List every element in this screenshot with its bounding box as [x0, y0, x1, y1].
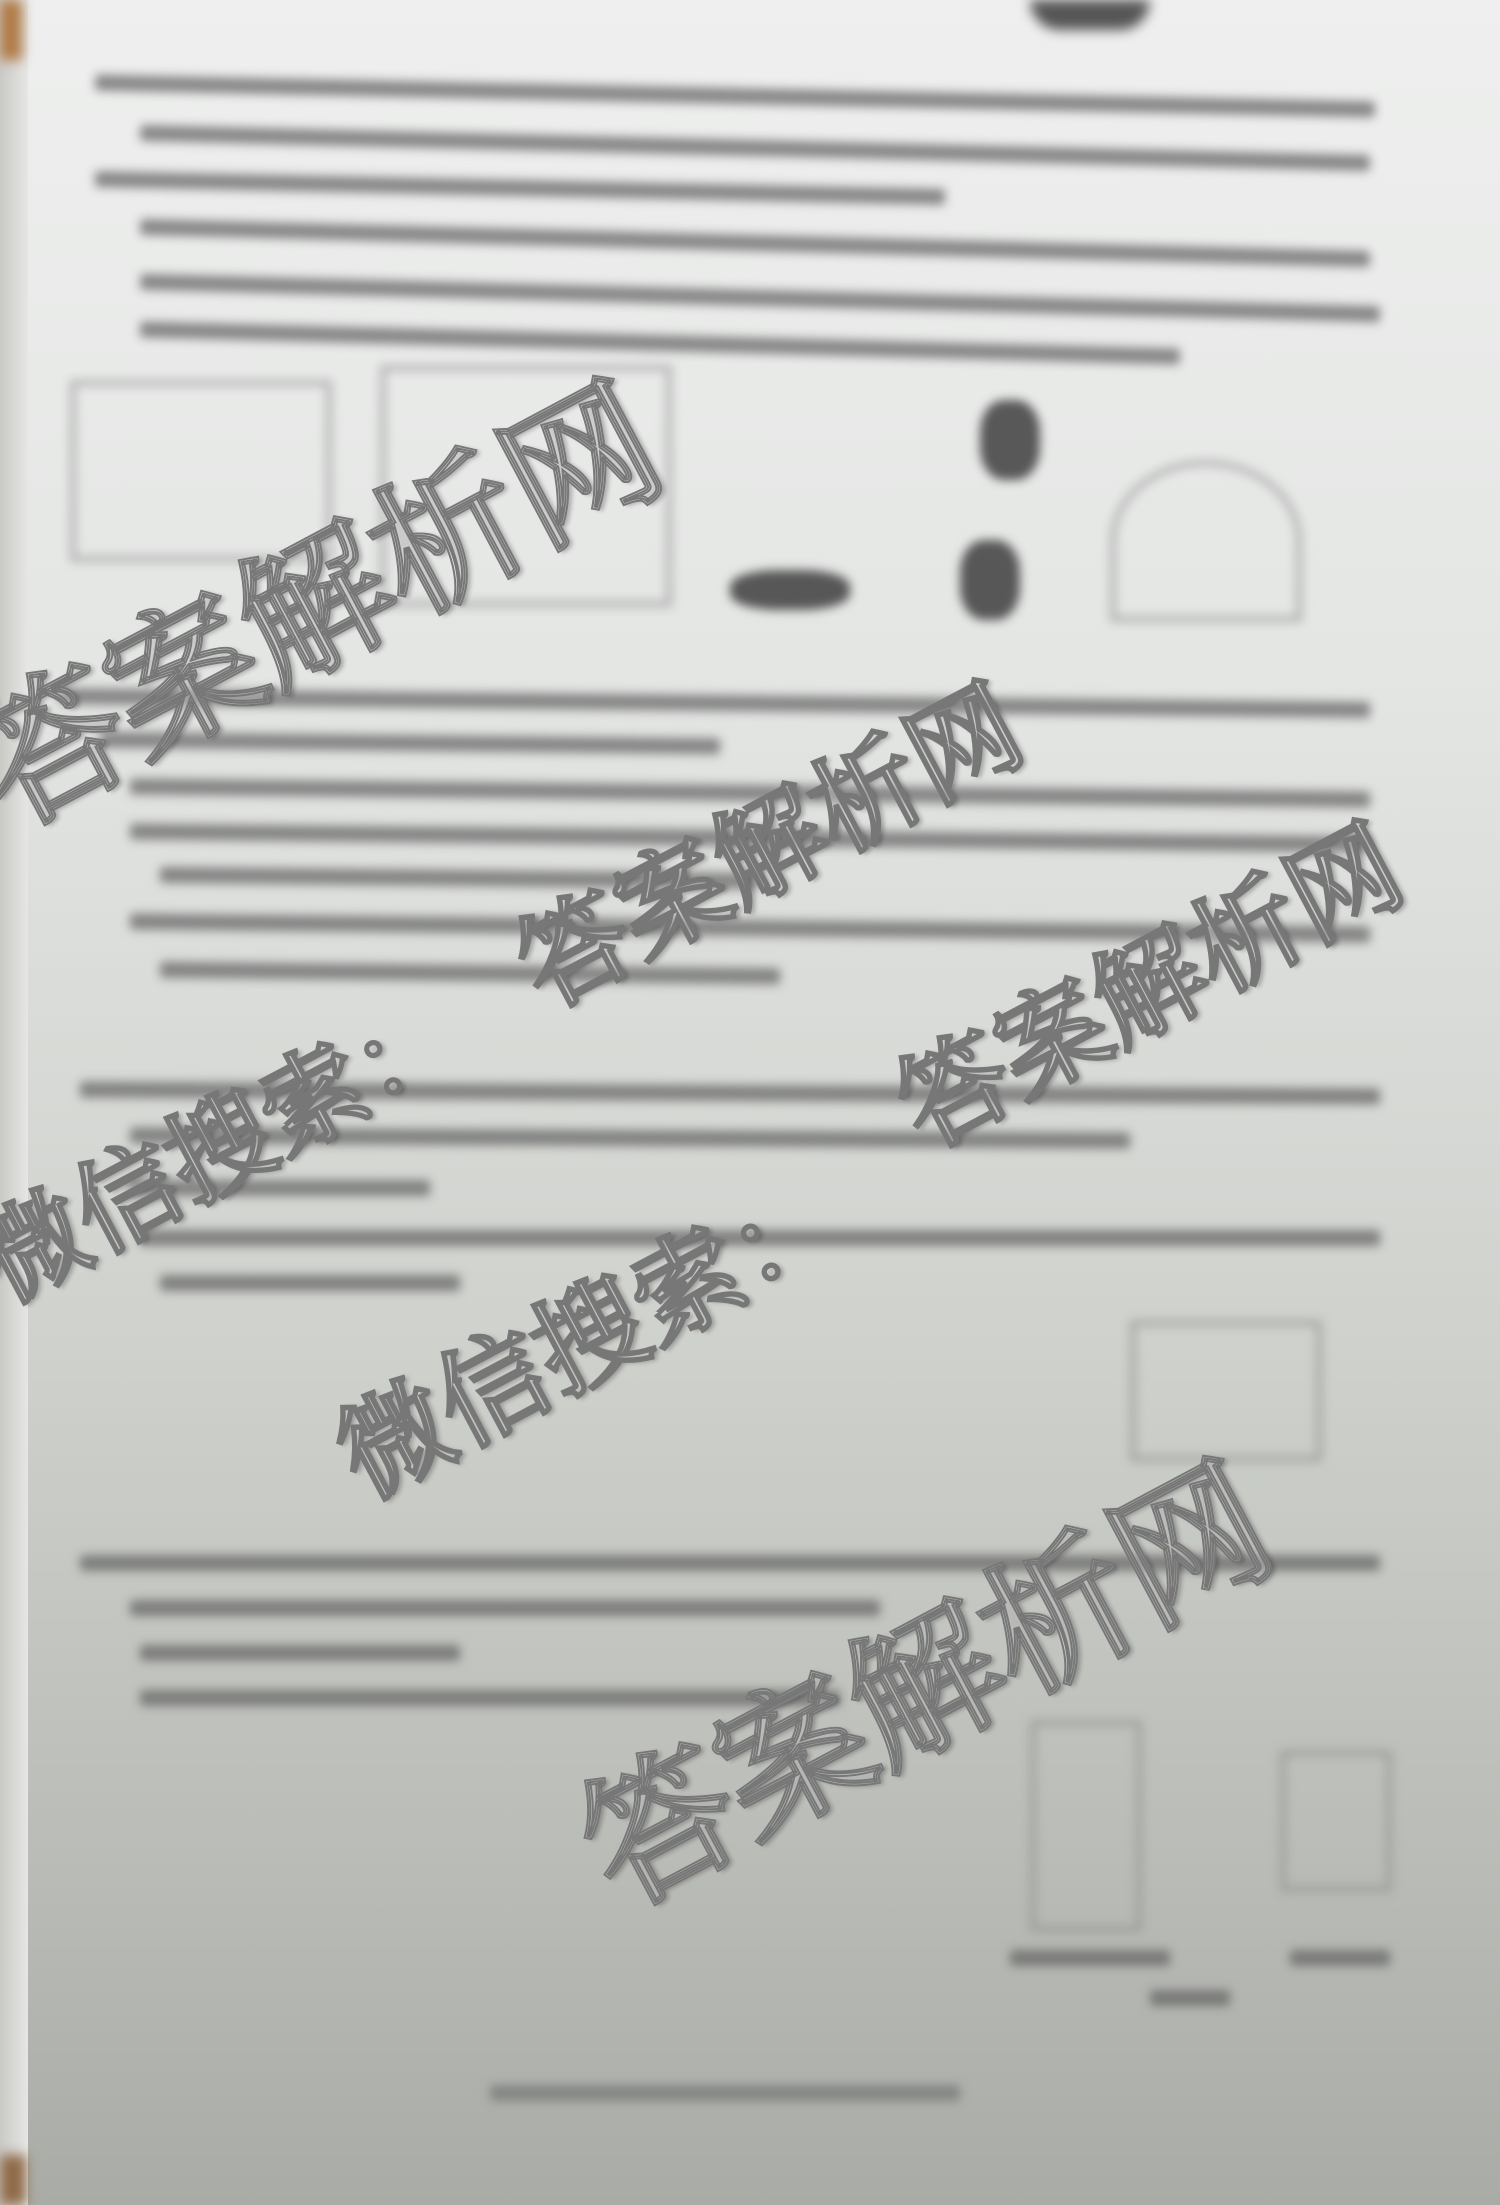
text-line: [130, 1600, 880, 1616]
footer-text: [490, 2085, 960, 2101]
text-line: [140, 125, 1370, 171]
text-line: [140, 219, 1370, 267]
text-line: [1150, 1990, 1230, 2006]
text-line: [95, 171, 945, 205]
figure-box: [1280, 1750, 1392, 1892]
text-line: [160, 1275, 460, 1291]
figure-dark-shape: [960, 540, 1020, 620]
text-line: [95, 75, 1375, 118]
text-line: [1010, 1950, 1170, 1966]
figure-dark-shape: [980, 400, 1040, 480]
figure-dark-shape: [730, 570, 850, 610]
text-line: [140, 274, 1380, 322]
figure-box: [1030, 1720, 1142, 1932]
text-line: [140, 321, 1180, 364]
text-line: [1290, 1950, 1390, 1966]
figure-box: [1110, 460, 1302, 622]
text-line: [140, 1645, 460, 1661]
